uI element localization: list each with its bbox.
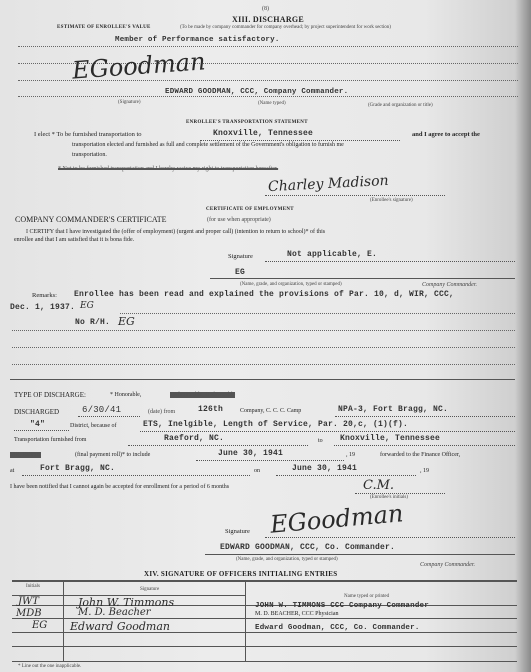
row-initials: MDB bbox=[16, 608, 42, 619]
transport-to: Knoxville, Tennessee bbox=[340, 434, 440, 443]
cc-signature-label: Signature bbox=[228, 253, 253, 260]
estimate-heading: ESTIMATE OF ENROLLEE'S VALUE bbox=[57, 25, 151, 30]
transport-to-label: to bbox=[318, 438, 323, 444]
enrollee-initials: C.M. bbox=[363, 478, 394, 493]
finance-office-place: Fort Bragg, NC. bbox=[40, 464, 115, 473]
final-payment-roll-label: (final payment roll)* to include bbox=[75, 452, 150, 458]
forwarded-date: June 30, 1941 bbox=[292, 464, 357, 473]
discharge-type-value: * Honorable, bbox=[110, 392, 141, 398]
certify-line-2: enrollee and that I am satisfied that it… bbox=[14, 237, 134, 243]
page-number: (8) bbox=[262, 6, 269, 12]
cc-initials-value: EG bbox=[235, 268, 245, 277]
camp-value: NPA-3, Fort Bragg, NC. bbox=[338, 405, 448, 414]
cc-signature-value: Not applicable, E. bbox=[287, 250, 377, 259]
district-label: District, because of bbox=[70, 423, 116, 429]
transportation-heading: ENROLLEE'S TRANSPORTATION STATEMENT bbox=[186, 120, 308, 125]
transport-destination: Knoxville, Tennessee bbox=[213, 129, 313, 138]
transport-line-2: transportation elected and furnished as … bbox=[72, 142, 344, 148]
remarks-line-3: No R/H. bbox=[75, 318, 110, 327]
transport-from: Raeford, NC. bbox=[164, 434, 224, 443]
row-signature: M. D. Beacher bbox=[78, 607, 151, 618]
remarks-initials-2: EG bbox=[118, 315, 135, 328]
caption-grade: (Grade and organization or title) bbox=[368, 103, 433, 108]
remarks-label: Remarks: bbox=[32, 292, 57, 299]
date-caption: (date) from bbox=[148, 409, 175, 415]
cc-certificate-note: (for use when appropriate) bbox=[207, 217, 271, 223]
caption-name-typed: (Name typed) bbox=[258, 101, 286, 106]
row-signature: Edward Goodman bbox=[70, 620, 170, 633]
discharge-date: 6/30/41 bbox=[82, 405, 121, 415]
caption-name-grade: (Name, grade, and organization, typed or… bbox=[240, 282, 342, 287]
employment-heading: CERTIFICATE OF EMPLOYMENT bbox=[206, 207, 294, 212]
discharged-label: DISCHARGED bbox=[14, 408, 59, 416]
remarks-initials-1: EG bbox=[80, 301, 94, 311]
row-initials: EG bbox=[32, 620, 47, 631]
district-value: "4" bbox=[30, 420, 45, 429]
col-signature: Signature bbox=[140, 587, 159, 592]
col-initials: Initials bbox=[26, 584, 40, 589]
caption-company-commander: Company Commander. bbox=[422, 282, 477, 288]
forwarded-label: forwarded to the Finance Officer, bbox=[380, 452, 460, 458]
forwarded-year: , 19 bbox=[420, 468, 429, 474]
on-label: on bbox=[254, 468, 260, 474]
col-name-typed: Name typed or printed bbox=[344, 594, 389, 599]
estimate-value: Member of Performance satisfactory. bbox=[115, 36, 280, 44]
notified-text: I have been notified that I cannot again… bbox=[10, 484, 229, 490]
caption-signer-company-commander: Company Commander. bbox=[420, 562, 475, 568]
caption-signer-name-grade: (Name, grade, and organization, typed or… bbox=[236, 557, 338, 562]
remarks-line-2: Dec. 1, 1937. bbox=[10, 303, 75, 312]
discharge-signature: EGoodman bbox=[269, 499, 404, 539]
transport-line-3: transportation. bbox=[72, 152, 107, 158]
elect-text: I elect * To be furnished transportation… bbox=[34, 131, 142, 138]
footnote: * Line out the one inapplicable. bbox=[18, 664, 81, 669]
enrollee-signature: Charley Madison bbox=[268, 173, 389, 195]
transport-from-label: Transportation furnished from bbox=[14, 437, 86, 443]
row-name-typed: JOHN W. TIMMONS CCC Company Commander bbox=[255, 602, 429, 610]
section-14-title: XIV. SIGNATURE OF OFFICERS INITIALING EN… bbox=[144, 570, 337, 578]
discharge-type-label: TYPE OF DISCHARGE: bbox=[14, 391, 86, 399]
camp-label: Company, C. C. C. Camp bbox=[240, 408, 301, 414]
remarks-line-1: Enrollee has been read and explained the… bbox=[74, 290, 454, 299]
discharge-signature-label: Signature bbox=[225, 528, 250, 535]
at-label: at bbox=[10, 468, 14, 474]
section-13-title: XIII. DISCHARGE bbox=[232, 15, 304, 24]
row-name-typed: Edward Goodman, CCC, Co. Commander. bbox=[255, 624, 420, 632]
row-name-typed: M. D. BEACHER, CCC Physician bbox=[255, 611, 339, 617]
cc-certificate-heading: COMPANY COMMANDER'S CERTIFICATE bbox=[15, 215, 167, 224]
discharge-type-struck: Dishonorable, Unfavorable bbox=[170, 392, 235, 398]
caption-enrollee-signature: (Enrollee's signature) bbox=[370, 198, 413, 203]
roll-date: June 30, 1941 bbox=[218, 449, 283, 458]
certify-line-1: I CERTIFY that I have investigated the (… bbox=[26, 229, 325, 235]
company-number: 126th bbox=[198, 405, 223, 414]
discharge-reason: ETS, Inelgible, Length of Service, Par. … bbox=[143, 420, 408, 429]
discharge-form-page: (8) XIII. DISCHARGE ESTIMATE OF ENROLLEE… bbox=[0, 0, 531, 672]
agree-text: and I agree to accept the bbox=[412, 131, 480, 138]
roll-year: , 19 bbox=[346, 452, 355, 458]
caption-enrollee-initials: (Enrollee's initials) bbox=[370, 495, 408, 500]
commander-name-typed: EDWARD GOODMAN, CCC, Company Commander. bbox=[165, 88, 348, 96]
struck-transport-option: * Not to be furnished transportation and… bbox=[58, 166, 278, 172]
discharge-signer-typed: EDWARD GOODMAN, CCC, Co. Commander. bbox=[220, 543, 395, 552]
caption-signature: (Signature) bbox=[118, 100, 141, 105]
row-initials: JWT bbox=[18, 596, 39, 607]
estimate-note: (To be made by company commander for com… bbox=[180, 25, 391, 30]
roll-struck: MR, Rations bbox=[10, 452, 41, 458]
